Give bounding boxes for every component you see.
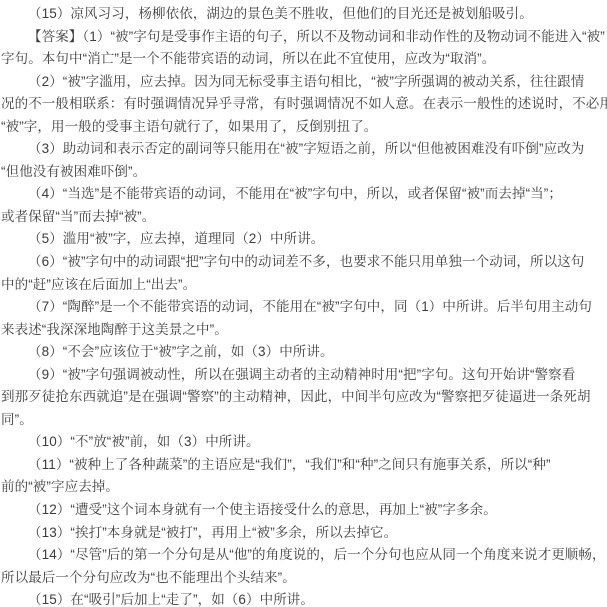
text-line: （8）“不会”应该位于“被”字之前，如（3）中所讲。 xyxy=(1,341,607,364)
text-line: （11）“被种上了各种蔬菜”的主语应是“我们”，“我们”和“种”之间只有施事关系… xyxy=(1,454,607,477)
text-line: （15）凉风习习，杨柳依依，湖边的景色美不胜收，但他们的目光还是被划船吸引。 xyxy=(1,3,607,26)
paragraph: （3）助动词和表示否定的副词等只能用在“被”字短语之前，所以“但他被困难没有吓倒… xyxy=(1,138,607,183)
text-line: （3）助动词和表示否定的副词等只能用在“被”字短语之前，所以“但他被困难没有吓倒… xyxy=(1,138,607,161)
paragraph: （6）“被”字句中的动词跟“把”字句中的动词差不多，也要求不能只用单独一个动词，… xyxy=(1,251,607,296)
text-line: （6）“被”字句中的动词跟“把”字句中的动词差不多，也要求不能只用单独一个动词，… xyxy=(1,251,607,274)
paragraph: （14）“尽管”后的第一个分句是从“他”的角度说的，后一个分句也应从同一个角度来… xyxy=(1,544,607,589)
text-line: （2）“被”字滥用，应去掉。因为同无标受事主语句相比，“被”字所强调的被动关系，… xyxy=(1,71,607,94)
paragraph: （13）“挨打”本身就是“被打”，再用上“被”多余，所以去掉它。 xyxy=(1,522,607,545)
text-line: 同”。 xyxy=(1,409,607,432)
text-line: （12）“遭受”这个词本身就有一个使主语接受什么的意思，再加上“被”字多余。 xyxy=(1,499,607,522)
paragraph: （12）“遭受”这个词本身就有一个使主语接受什么的意思，再加上“被”字多余。 xyxy=(1,499,607,522)
text-line: （15）在“吸引”后加上“走了”，如（6）中所讲。 xyxy=(1,589,607,607)
text-line: （5）滥用“被”字，应去掉，道理同（2）中所讲。 xyxy=(1,228,607,251)
text-line: “但他没有被困难吓倒”。 xyxy=(1,161,607,184)
text-line: （7）“陶醉”是一个不能带宾语的动词，不能用在“被”字句中，同（1）中所讲。后半… xyxy=(1,296,607,319)
text-line: （10）“不”放“被”前，如（3）中所讲。 xyxy=(1,431,607,454)
paragraph: （2）“被”字滥用，应去掉。因为同无标受事主语句相比，“被”字所强调的被动关系，… xyxy=(1,71,607,139)
text-line: （14）“尽管”后的第一个分句是从“他”的角度说的，后一个分句也应从同一个角度来… xyxy=(1,544,607,567)
text-line: 【答案】（1）“被”字句是受事作主语的句子，所以不及物动词和非动作性的及物动词不… xyxy=(1,26,607,49)
paragraph: （5）滥用“被”字，应去掉，道理同（2）中所讲。 xyxy=(1,228,607,251)
text-line: “被”字，用一般的受事主语句就行了，如果用了，反倒别扭了。 xyxy=(1,116,607,139)
text-line: 字句。本句中“消亡”是一个不能带宾语的动词，所以在此不宜使用，应改为“取消”。 xyxy=(1,48,607,71)
text-line: 况的不一般相联系：有时强调情况异乎寻常，有时强调情况不如人意。在表示一般性的述说… xyxy=(1,93,607,116)
answer-document: （15）凉风习习，杨柳依依，湖边的景色美不胜收，但他们的目光还是被划船吸引。【答… xyxy=(0,0,607,607)
text-line: 或者保留“当”而去掉“被”。 xyxy=(1,206,607,229)
text-line: （13）“挨打”本身就是“被打”，再用上“被”多余，所以去掉它。 xyxy=(1,522,607,545)
paragraph: 【答案】（1）“被”字句是受事作主语的句子，所以不及物动词和非动作性的及物动词不… xyxy=(1,26,607,71)
paragraph: （15）凉风习习，杨柳依依，湖边的景色美不胜收，但他们的目光还是被划船吸引。 xyxy=(1,3,607,26)
text-line: 前的“被”字应去掉。 xyxy=(1,476,607,499)
paragraph: （15）在“吸引”后加上“走了”，如（6）中所讲。 xyxy=(1,589,607,607)
paragraph: （9）“被”字句强调被动性，所以在强调主动者的主动精神时用“把”字句。这句开始讲… xyxy=(1,364,607,432)
paragraph: （4）“当选”是不能带宾语的动词，不能用在“被”字句中，所以，或者保留“被”而去… xyxy=(1,183,607,228)
text-line: 到那歹徒抢东西就追”是在强调“警察”的主动精神，因此，中间半句应改为“警察把歹徒… xyxy=(1,386,607,409)
text-line: （9）“被”字句强调被动性，所以在强调主动者的主动精神时用“把”字句。这句开始讲… xyxy=(1,364,607,387)
paragraph: （11）“被种上了各种蔬菜”的主语应是“我们”，“我们”和“种”之间只有施事关系… xyxy=(1,454,607,499)
paragraph: （10）“不”放“被”前，如（3）中所讲。 xyxy=(1,431,607,454)
text-line: 中的“赶”应该在后面加上“出去”。 xyxy=(1,274,607,297)
text-line: 来表述“我深深地陶醉于这美景之中”。 xyxy=(1,319,607,342)
text-line: （4）“当选”是不能带宾语的动词，不能用在“被”字句中，所以，或者保留“被”而去… xyxy=(1,183,607,206)
text-line: 所以最后一个分句应改为“也不能理出个头结来”。 xyxy=(1,567,607,590)
paragraph: （8）“不会”应该位于“被”字之前，如（3）中所讲。 xyxy=(1,341,607,364)
paragraph: （7）“陶醉”是一个不能带宾语的动词，不能用在“被”字句中，同（1）中所讲。后半… xyxy=(1,296,607,341)
